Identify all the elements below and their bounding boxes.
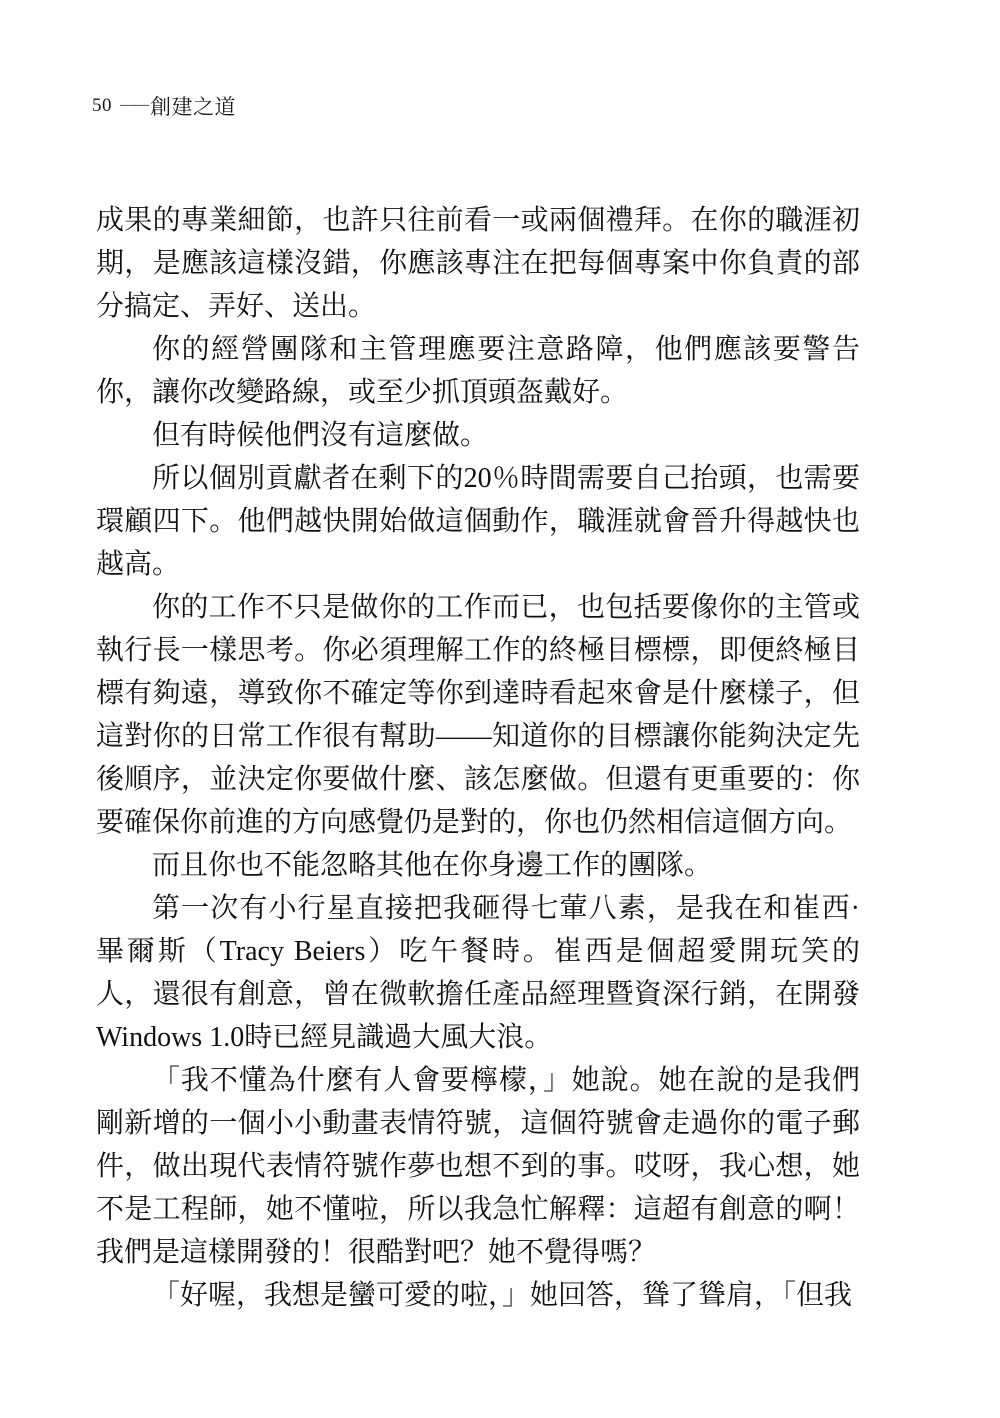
text-line: 成果的專業細節，也許只往前看一或兩個禮拜。在你的職涯初 bbox=[96, 199, 860, 242]
text-line: 你的經營團隊和主管理應要注意路障，他們應該要警告 bbox=[96, 328, 860, 371]
text-line: 第一次有小行星直接把我砸得七葷八素，是我在和崔西· bbox=[96, 887, 860, 930]
text-line: 分搞定、弄好、送出。 bbox=[96, 285, 860, 328]
text-line: 但有時候他們沒有這麼做。 bbox=[96, 414, 860, 457]
text-line: 環顧四下。他們越快開始做這個動作，職涯就會晉升得越快也 bbox=[96, 500, 860, 543]
text-line: 要確保你前進的方向感覺仍是對的，你也仍然相信這個方向。 bbox=[96, 801, 860, 844]
text-line: 越高。 bbox=[96, 543, 860, 586]
text-line: Windows 1.0時已經見識過大風大浪。 bbox=[96, 1016, 860, 1059]
text-line: 期，是應該這樣沒錯，你應該專注在把每個專案中你負責的部 bbox=[96, 242, 860, 285]
text-line: 你，讓你改變路線，或至少抓頂頭盔戴好。 bbox=[96, 371, 860, 414]
page-number: 50 bbox=[92, 95, 112, 117]
book-page: 50 —— 創建之道 成果的專業細節，也許只往前看一或兩個禮拜。在你的職涯初期，… bbox=[0, 0, 1000, 1418]
text-line: 「好喔，我想是蠻可愛的啦，」她回答，聳了聳肩，「但我 bbox=[96, 1274, 860, 1317]
book-title: 創建之道 bbox=[150, 91, 236, 121]
text-line: 標有夠遠，導致你不確定等你到達時看起來會是什麼樣子，但 bbox=[96, 672, 860, 715]
text-line: 「我不懂為什麼有人會要檸檬，」她說。她在說的是我們 bbox=[96, 1059, 860, 1102]
text-line: 這對你的日常工作很有幫助——知道你的目標讓你能夠決定先 bbox=[96, 715, 860, 758]
text-line: 畢爾斯（Tracy Beiers）吃午餐時。崔西是個超愛開玩笑的 bbox=[96, 930, 860, 973]
text-line: 所以個別貢獻者在剩下的20％時間需要自己抬頭，也需要 bbox=[96, 457, 860, 500]
running-header: 50 —— 創建之道 bbox=[92, 92, 236, 120]
text-line: 不是工程師，她不懂啦，所以我急忙解釋：這超有創意的啊！ bbox=[96, 1188, 860, 1231]
text-line: 執行長一樣思考。你必須理解工作的終極目標標，即便終極目 bbox=[96, 629, 860, 672]
text-line: 件，做出現代表情符號作夢也想不到的事。哎呀，我心想，她 bbox=[96, 1145, 860, 1188]
text-line: 剛新增的一個小小動畫表情符號，這個符號會走過你的電子郵 bbox=[96, 1102, 860, 1145]
header-separator-dash: —— bbox=[120, 97, 148, 114]
text-line: 我們是這樣開發的！很酷對吧？她不覺得嗎？ bbox=[96, 1231, 860, 1274]
text-line: 而且你也不能忽略其他在你身邊工作的團隊。 bbox=[96, 844, 860, 887]
text-line: 後順序，並決定你要做什麼、該怎麼做。但還有更重要的：你 bbox=[96, 758, 860, 801]
text-line: 人，還很有創意，曾在微軟擔任產品經理暨資深行銷，在開發 bbox=[96, 973, 860, 1016]
body-text: 成果的專業細節，也許只往前看一或兩個禮拜。在你的職涯初期，是應該這樣沒錯，你應該… bbox=[96, 199, 860, 1317]
text-line: 你的工作不只是做你的工作而已，也包括要像你的主管或 bbox=[96, 586, 860, 629]
